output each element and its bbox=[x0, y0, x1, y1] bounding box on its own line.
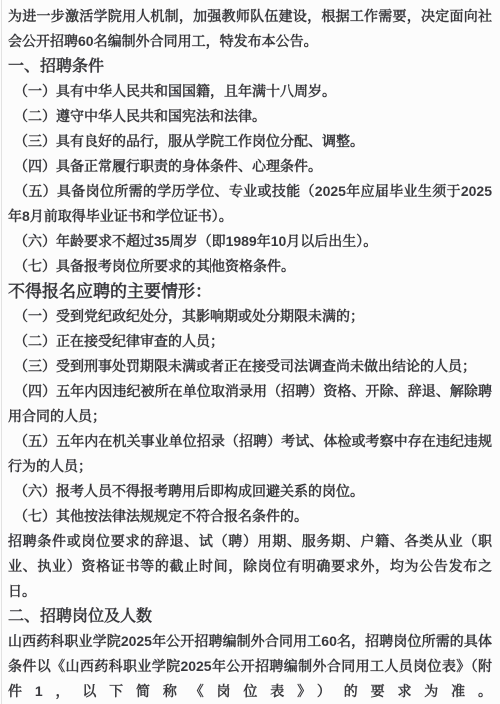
ineligibility-item-7: （七）其他按法律法规规定不符合报名条件的。 bbox=[8, 504, 492, 529]
section-2-heading: 二、招聘岗位及人数 bbox=[8, 604, 492, 629]
condition-item-3: （三）具有良好的品行，服从学院工作岗位分配、调整。 bbox=[8, 129, 492, 154]
condition-item-6: （六）年龄要求不超过35周岁（即1989年10月以后出生）。 bbox=[8, 229, 492, 254]
announcement-document: 为进一步激活学院用人机制，加强教师队伍建设，根据工作需要，决定面向社会公开招聘6… bbox=[0, 0, 500, 704]
deadline-note-paragraph: 招聘条件或岗位要求的辞退、试（聘）用期、服务期、户籍、各类从业（职业、执业）资格… bbox=[8, 529, 492, 604]
ineligibility-item-1: （一）受到党纪政纪处分，其影响期或处分期限未满的； bbox=[8, 304, 492, 329]
ineligibility-item-6: （六）报考人员不得报考聘用后即构成回避关系的岗位。 bbox=[8, 479, 492, 504]
ineligibility-item-2: （二）正在接受纪律审查的人员； bbox=[8, 329, 492, 354]
ineligibility-subheading: 不得报名应聘的主要情形： bbox=[8, 279, 492, 304]
condition-item-2: （二）遵守中华人民共和国宪法和法律。 bbox=[8, 104, 492, 129]
ineligibility-item-3: （三）受到刑事处罚期限未满或者正在接受司法调查尚未做出结论的人员； bbox=[8, 354, 492, 379]
condition-item-7-text-after-caret: 他资格条件。 bbox=[211, 258, 295, 274]
condition-item-7-text-before-caret: （七）具备报考岗位所要求的其 bbox=[14, 258, 210, 274]
intro-paragraph: 为进一步激活学院用人机制，加强教师队伍建设，根据工作需要，决定面向社会公开招聘6… bbox=[8, 4, 492, 54]
condition-item-7: （七）具备报考岗位所要求的其他资格条件。 bbox=[8, 254, 492, 279]
condition-item-5: （五）具备岗位所需的学历学位、专业或技能（2025年应届毕业生须于2025年8月… bbox=[8, 179, 492, 229]
condition-item-4: （四）具备正常履行职责的身体条件、心理条件。 bbox=[8, 154, 492, 179]
condition-item-1: （一）具有中华人民共和国国籍，且年满十八周岁。 bbox=[8, 79, 492, 104]
positions-paragraph: 山西药科职业学院2025年公开招聘编制外合同用工60名，招聘岗位所需的具体条件以… bbox=[8, 629, 492, 704]
ineligibility-item-4: （四）五年内因违纪被所在单位取消录用（招聘）资格、开除、辞退、解除聘用合同的人员… bbox=[8, 379, 492, 429]
section-1-heading: 一、招聘条件 bbox=[8, 54, 492, 79]
page-left-edge-line bbox=[1, 0, 2, 704]
ineligibility-item-5: （五）五年内在机关事业单位招录（招聘）考试、体检或考察中存在违纪违规行为的人员； bbox=[8, 429, 492, 479]
